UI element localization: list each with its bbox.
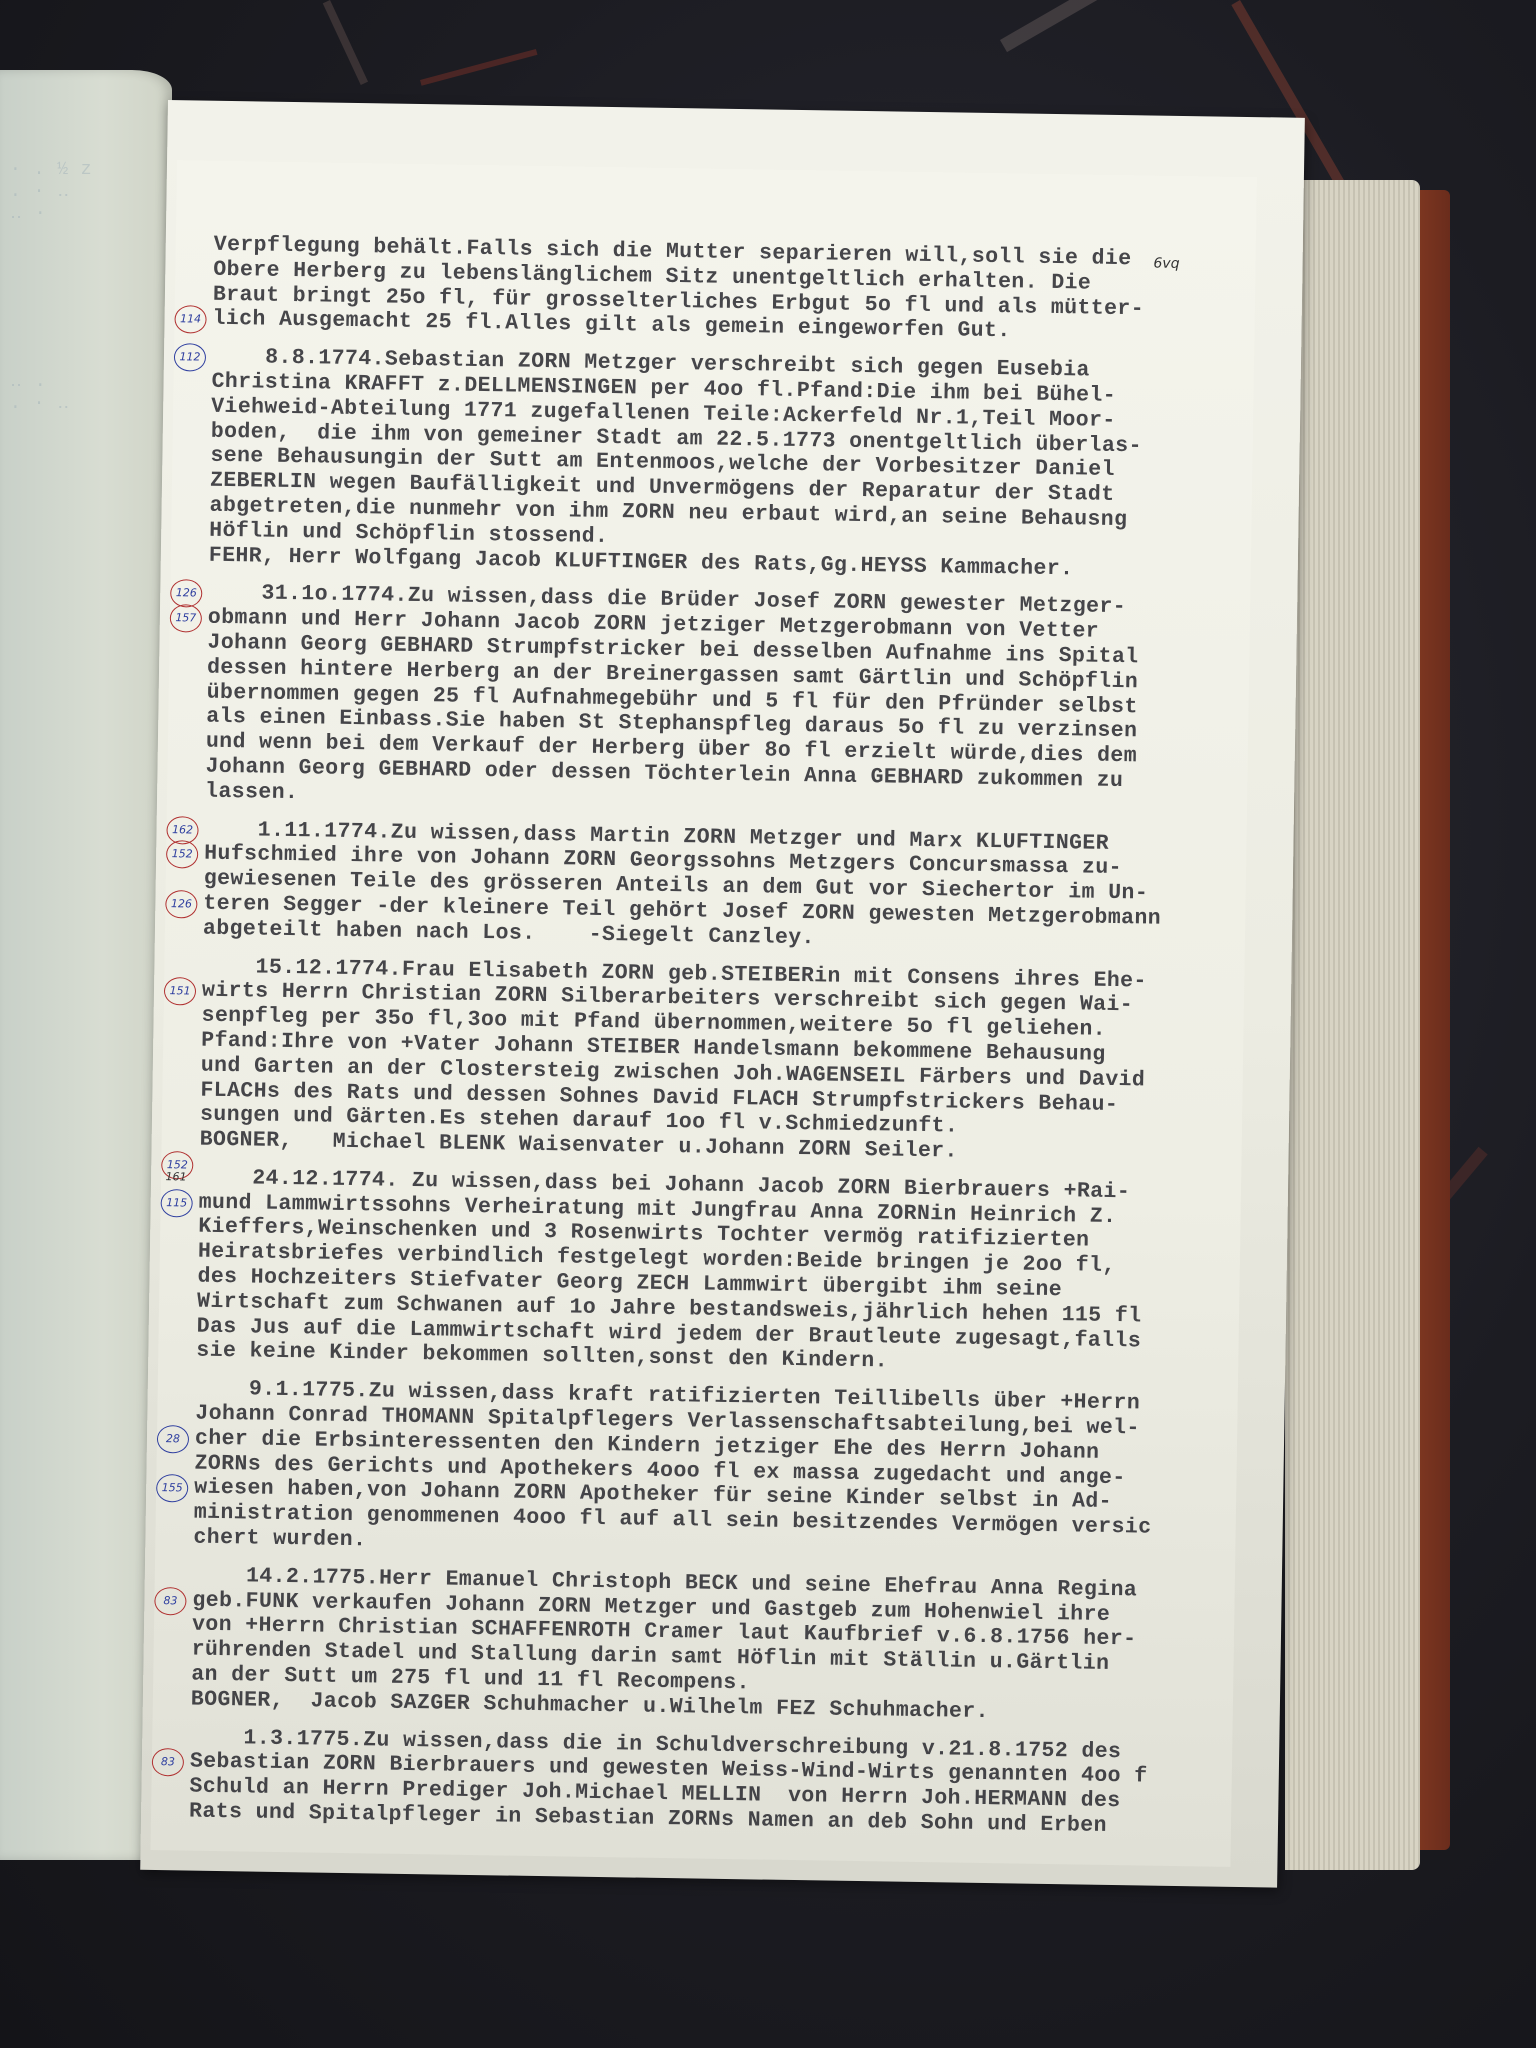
carpet-streak	[323, 0, 368, 85]
carpet-streak	[1000, 0, 1215, 52]
margin-reference-number: 157	[170, 604, 202, 632]
document-entry: 8.8.1774.Sebastian ZORN Metzger verschre…	[209, 345, 1272, 585]
document-entry: 14.2.1775.Herr Emanuel Christoph BECK un…	[191, 1563, 1253, 1728]
document-entry: 1.11.1774.Zu wissen,dass Martin ZORN Met…	[203, 817, 1265, 958]
document-entry: 9.1.1775.Zu wissen,dass kraft ratifizier…	[193, 1377, 1256, 1567]
page-edges	[1285, 180, 1420, 1870]
margin-reference-number: 115	[160, 1189, 192, 1217]
margin-reference-number: 114	[174, 306, 206, 334]
right-page: 6vq Verpflegung behält.Falls sich die Mu…	[140, 100, 1305, 1888]
margin-reference-number: 83	[154, 1587, 186, 1615]
document-entry: 31.1o.1774.Zu wissen,dass die Brüder Jos…	[205, 581, 1268, 821]
margin-reference-number: 152	[166, 840, 198, 868]
margin-reference-number: 112	[174, 343, 206, 371]
margin-reference-number: 126	[165, 890, 197, 918]
bleed-through-text: ‥ . . · ‥	[10, 370, 70, 414]
document-entry: 24.12.1774. Zu wissen,dass bei Johann Ja…	[196, 1166, 1259, 1381]
margin-reference-number: 161	[161, 1164, 191, 1190]
document-body: Verpflegung behält.Falls sich die Mutter…	[189, 233, 1274, 1854]
typed-sheet: 6vq Verpflegung behält.Falls sich die Mu…	[151, 160, 1257, 1867]
margin-reference-number: 155	[156, 1474, 188, 1502]
document-entry: Verpflegung behält.Falls sich die Mutter…	[212, 233, 1273, 349]
margin-reference-number: 151	[164, 977, 196, 1005]
document-entry: 1.3.1775.Zu wissen,dass die in Schuldver…	[189, 1725, 1250, 1841]
bleed-through-text: · . ½ z. · ‥ ‥ ·	[10, 160, 93, 224]
document-entry: 15.12.1774.Frau Elisabeth ZORN geb.STEIB…	[199, 954, 1262, 1169]
margin-reference-number: 28	[157, 1425, 189, 1453]
carpet-streak	[420, 49, 537, 86]
margin-reference-number: 83	[152, 1748, 184, 1776]
